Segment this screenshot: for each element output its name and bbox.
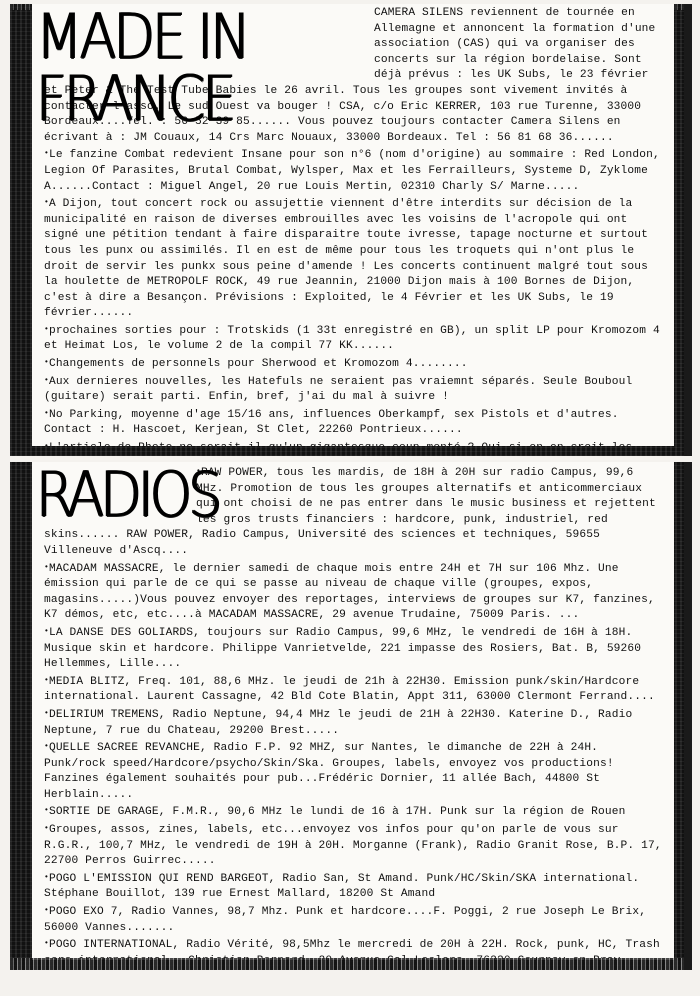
radios-text: RAW POWER, tous les mardis, de 18H à 20H… [44,464,664,960]
section-title-radios: RADIOS [36,464,188,535]
radio-listing: POGO EXO 7, Radio Vannes, 98,7 Mhz. Punk… [44,903,664,936]
radio-listing: MEDIA BLITZ, Freq. 101, 88,6 MHz. le jeu… [44,673,664,706]
made-in-france-panel: MADE IN FRANCE CAMERA SILENS reviennent … [32,4,674,446]
news-item: No Parking, moyenne d'age 15/16 ans, inf… [44,406,664,439]
section-title-made-in-france: MADE IN FRANCE [36,6,366,82]
radio-listing: POGO L'EMISSION QUI REND BARGEOT, Radio … [44,870,664,903]
news-item: Aux dernieres nouvelles, les Hatefuls ne… [44,373,664,406]
radio-listing: MACADAM MASSACRE, le dernier samedi de c… [44,560,664,624]
radio-listing: Groupes, assos, zines, labels, etc...env… [44,821,664,870]
zine-page: MADE IN FRANCE CAMERA SILENS reviennent … [10,4,692,970]
news-item: Changements de personnels pour Sherwood … [44,355,664,373]
news-item: prochaines sorties pour : Trotskids (1 3… [44,322,664,355]
scan-texture-bottom [10,958,684,970]
radio-listing: DELIRIUM TREMENS, Radio Neptune, 94,4 MH… [44,706,664,739]
radio-listing: QUELLE SACREE REVANCHE, Radio F.P. 92 MH… [44,739,664,803]
news-item: A Dijon, tout concert rock ou assujettie… [44,195,664,322]
radios-section: RADIOS RAW POWER, tous les mardis, de 18… [10,462,692,970]
radio-listing: SORTIE DE GARAGE, F.M.R., 90,6 MHz le lu… [44,803,664,821]
radios-panel: RADIOS RAW POWER, tous les mardis, de 18… [32,462,674,960]
made-in-france-section: MADE IN FRANCE CAMERA SILENS reviennent … [10,4,692,456]
news-item: L'article de Photo ne serait-il qu'un gi… [44,439,664,446]
radio-listing: POGO INTERNATIONAL, Radio Vérité, 98,5Mh… [44,936,664,960]
radio-listing: LA DANSE DES GOLIARDS, toujours sur Radi… [44,624,664,673]
news-item: Le fanzine Combat redevient Insane pour … [44,146,664,195]
